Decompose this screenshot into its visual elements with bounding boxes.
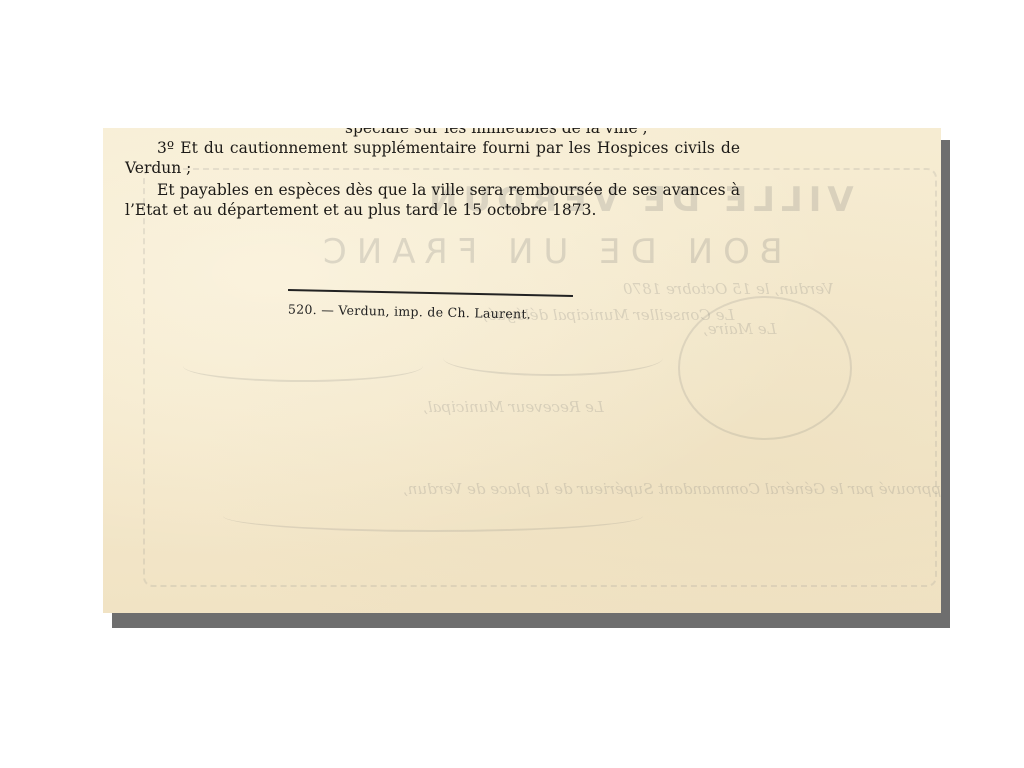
show-through-signature-1 — [183, 350, 423, 382]
cut-off-line: spéciale sur les immeubles de la ville ; — [345, 128, 740, 138]
show-through-signature-3 — [223, 500, 643, 532]
show-through-date: Verdun, le 15 Octobre 1870 — [623, 280, 834, 298]
paragraph-payables: Et payables en espèces dès que la ville … — [125, 180, 740, 220]
show-through-approval: Vu et approuvé par le Général Commandant… — [403, 480, 941, 498]
show-through-role-receveur: Le Receveur Municipal, — [423, 398, 604, 416]
show-through-stamp — [678, 296, 852, 440]
show-through-subtitle: BON DE UN FRANC — [313, 232, 783, 272]
show-through-signature-2 — [443, 340, 663, 376]
banknote-reverse: VILLE DE VERDUN BON DE UN FRANC Verdun, … — [103, 128, 941, 613]
paragraph-cautionnement: 3º Et du cautionnement supplémentaire fo… — [125, 138, 740, 178]
printed-text-block: spéciale sur les immeubles de la ville ;… — [125, 128, 740, 220]
